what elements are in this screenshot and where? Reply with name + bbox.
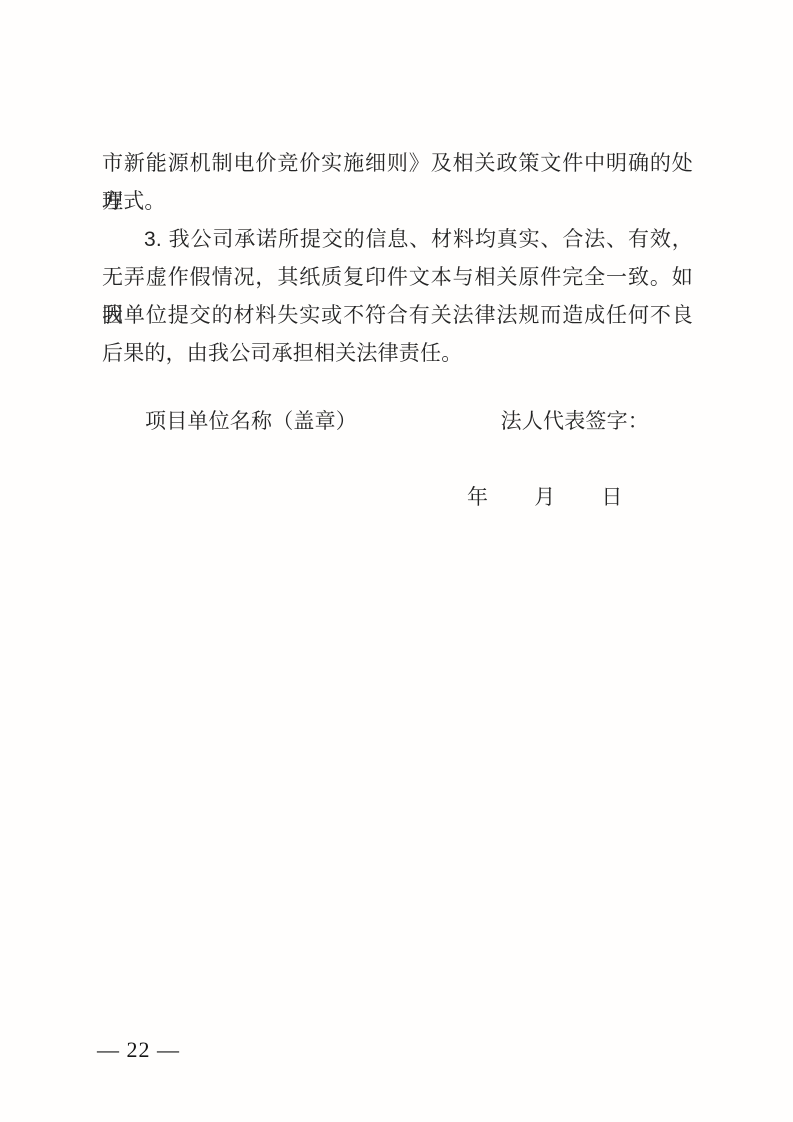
body-line: 3. 我公司承诺所提交的信息、材料均真实、合法、有效， — [102, 221, 693, 259]
body-line: 市新能源机制电价竞价实施细则》及相关政策文件中明确的处理 — [102, 145, 693, 183]
signature-unit-label: 项目单位名称（盖章） — [145, 403, 357, 441]
date-row: 年 月 日 — [102, 479, 693, 517]
signature-representative-label: 法人代表签字： — [501, 403, 649, 441]
document-body: 市新能源机制电价竞价实施细则》及相关政策文件中明确的处理 方式。 3. 我公司承… — [102, 145, 693, 517]
date-day-label: 日 — [601, 479, 622, 517]
document-page: 市新能源机制电价竞价实施细则》及相关政策文件中明确的处理 方式。 3. 我公司承… — [0, 0, 793, 1122]
body-line: 无弄虚作假情况，其纸质复印件文本与相关原件完全一致。如因 — [102, 259, 693, 297]
date-year-label: 年 — [467, 479, 488, 517]
body-line: 方式。 — [102, 183, 693, 221]
body-line: 后果的，由我公司承担相关法律责任。 — [102, 335, 693, 373]
signature-row: 项目单位名称（盖章） 法人代表签字： — [102, 403, 693, 441]
page-number: — 22 — — [97, 1037, 180, 1063]
date-month-label: 月 — [534, 479, 555, 517]
body-line: 我单位提交的材料失实或不符合有关法律法规而造成任何不良 — [102, 297, 693, 335]
